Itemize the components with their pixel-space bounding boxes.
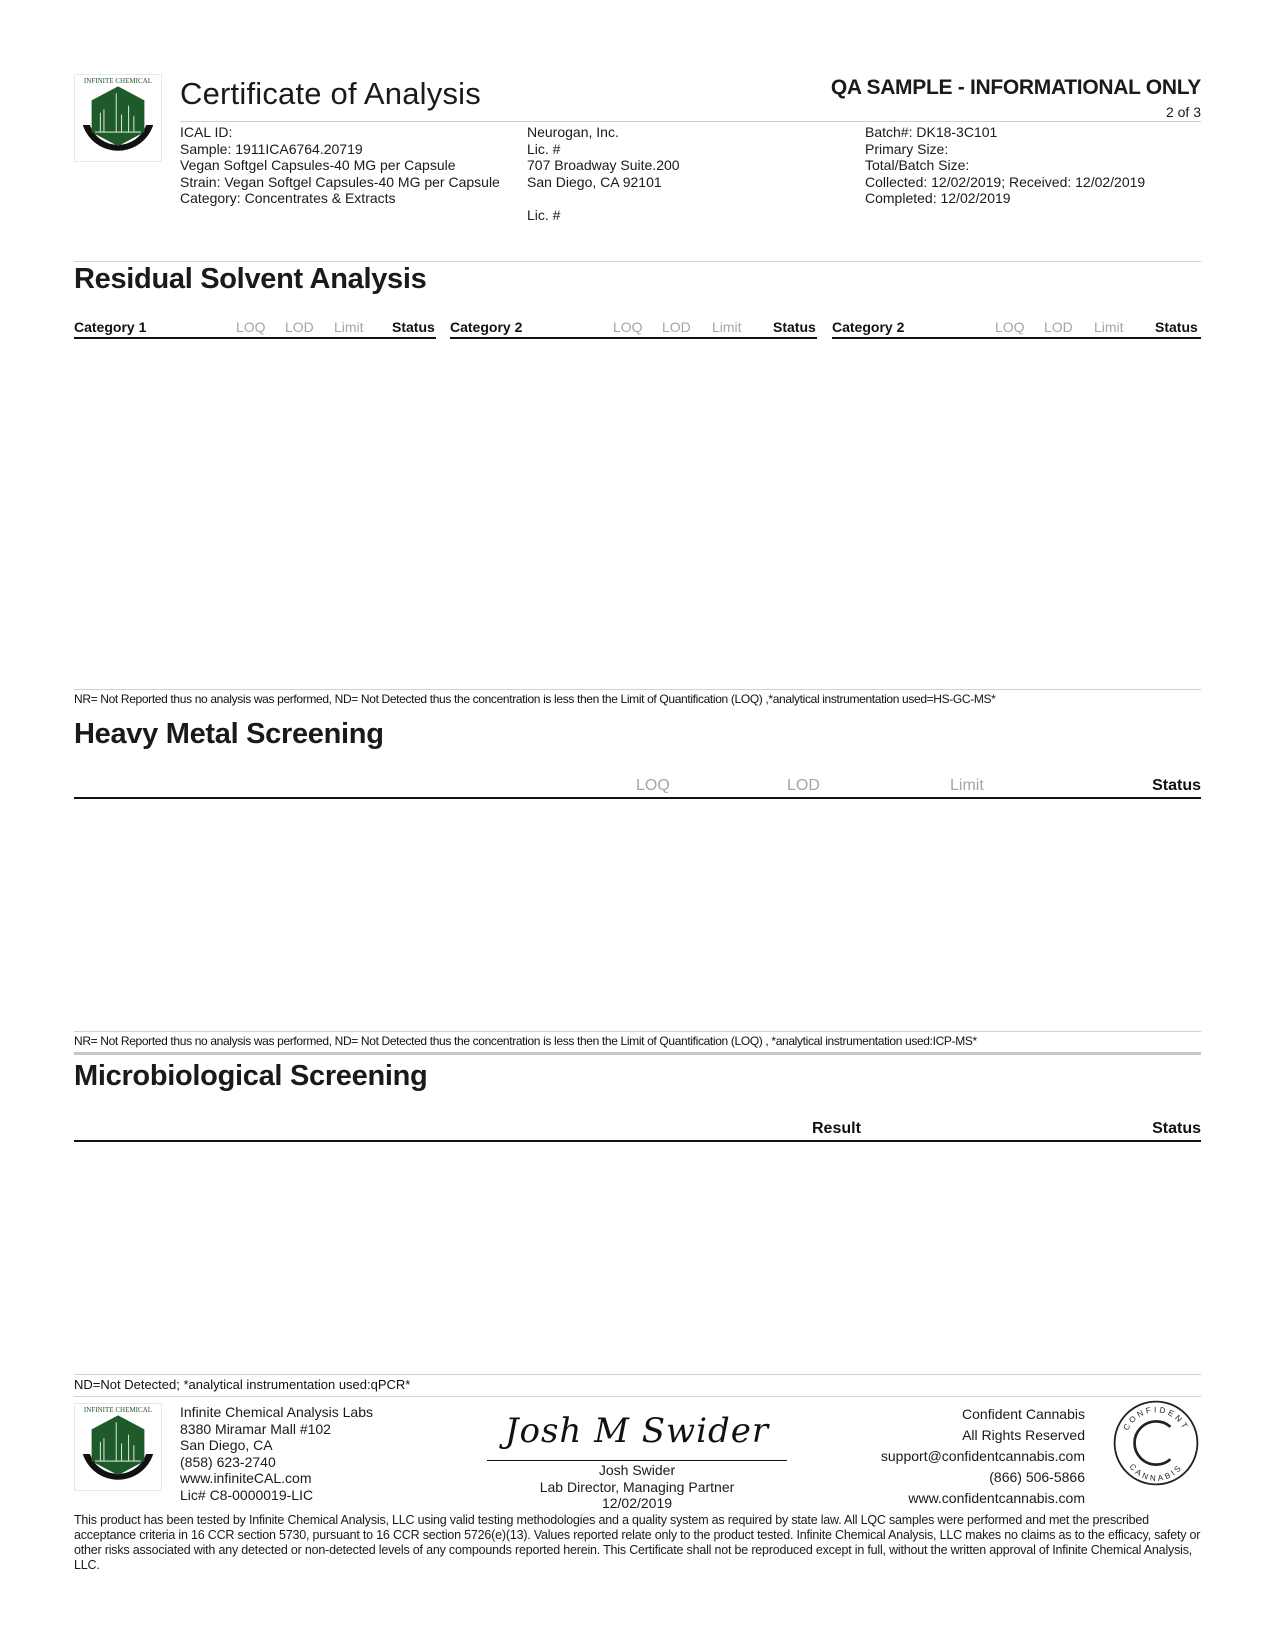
document-title: Certificate of Analysis: [180, 76, 481, 112]
sample-id: Sample: 1911ICA6764.20719: [180, 141, 500, 158]
col-lod: LOD: [787, 777, 820, 794]
confident-cannabis-logo-icon: CONFIDENT CANNABIS: [1111, 1398, 1201, 1488]
svg-text:ANALYSIS LABS: ANALYSIS LABS: [94, 151, 142, 157]
microbiological-footnote: ND=Not Detected; *analytical instrumenta…: [74, 1377, 410, 1392]
col-lod: LOD: [1044, 319, 1073, 335]
col-loq: LOQ: [613, 319, 643, 335]
footnote-divider: [74, 689, 1201, 690]
cc-rights: All Rights Reserved: [881, 1425, 1085, 1446]
lab-city: San Diego, CA: [180, 1437, 373, 1454]
signatory: Josh Swider Lab Director, Managing Partn…: [487, 1462, 787, 1512]
infinite-chemical-logo-icon: INFINITE CHEMICAL ANALYSIS LABS: [74, 1403, 162, 1491]
col-status: Status: [1155, 319, 1198, 335]
cc-website[interactable]: www.confidentcannabis.com: [881, 1488, 1085, 1509]
header-underline: [74, 337, 436, 339]
microbiological-title: Microbiological Screening: [74, 1060, 427, 1093]
infinite-chemical-logo-icon: INFINITE CHEMICAL ANALYSIS LABS: [74, 74, 162, 162]
sample-info: ICAL ID: Sample: 1911ICA6764.20719 Vegan…: [180, 124, 500, 207]
signature-date: 12/02/2019: [487, 1495, 787, 1512]
lab-website[interactable]: www.infiniteCAL.com: [180, 1470, 373, 1487]
confident-cannabis-contact: Confident Cannabis All Rights Reserved s…: [881, 1404, 1085, 1509]
client-license-2: Lic. #: [527, 207, 680, 224]
lab-address: 8380 Miramar Mall #102: [180, 1421, 373, 1438]
lab-phone[interactable]: (858) 623-2740: [180, 1454, 373, 1471]
header-logo: INFINITE CHEMICAL ANALYSIS LABS: [74, 74, 162, 167]
col-result: Result: [812, 1120, 861, 1137]
section-divider: [74, 1052, 1201, 1055]
residual-solvent-footnote: NR= Not Reported thus no analysis was pe…: [74, 692, 995, 706]
spacer: [527, 190, 680, 207]
footer-logo: INFINITE CHEMICAL ANALYSIS LABS: [74, 1403, 162, 1496]
client-license: Lic. #: [527, 141, 680, 158]
batch-info: Batch#: DK18-3C101 Primary Size: Total/B…: [865, 124, 1145, 207]
page-indicator: 2 of 3: [1166, 104, 1201, 120]
collected-received: Collected: 12/02/2019; Received: 12/02/2…: [865, 174, 1145, 191]
signature: Josh M Swider: [487, 1403, 787, 1459]
footer-divider: [74, 1396, 1201, 1397]
col-limit: Limit: [334, 319, 364, 335]
svg-text:ANALYSIS LABS: ANALYSIS LABS: [94, 1480, 142, 1486]
section-divider: [74, 261, 1201, 262]
col-category: Category 2: [832, 319, 904, 335]
col-status: Status: [1152, 1120, 1201, 1137]
col-status: Status: [392, 319, 435, 335]
col-lod: LOD: [285, 319, 314, 335]
header-underline: [74, 797, 1201, 799]
svg-text:INFINITE CHEMICAL: INFINITE CHEMICAL: [84, 77, 152, 85]
signature-image: Josh M Swider: [487, 1403, 787, 1459]
client-address: 707 Broadway Suite.200: [527, 157, 680, 174]
col-loq: LOQ: [236, 319, 266, 335]
legal-disclaimer: This product has been tested by Infinite…: [74, 1513, 1201, 1573]
col-category: Category 1: [74, 319, 146, 335]
batch-number: Batch#: DK18-3C101: [865, 124, 1145, 141]
client-city: San Diego, CA 92101: [527, 174, 680, 191]
col-limit: Limit: [1094, 319, 1124, 335]
footnote-divider: [74, 1031, 1201, 1032]
header-underline: [74, 1140, 1201, 1142]
qa-notice: QA SAMPLE - INFORMATIONAL ONLY: [831, 76, 1201, 100]
col-category: Category 2: [450, 319, 522, 335]
col-lod: LOD: [662, 319, 691, 335]
header-underline: [832, 337, 1201, 339]
header-divider: [180, 121, 1201, 122]
footnote-divider: [74, 1374, 1201, 1375]
cc-phone[interactable]: (866) 506-5866: [881, 1467, 1085, 1488]
primary-size: Primary Size:: [865, 141, 1145, 158]
lab-name: Infinite Chemical Analysis Labs: [180, 1404, 373, 1421]
lab-license: Lic# C8-0000019-LIC: [180, 1487, 373, 1504]
col-loq: LOQ: [636, 777, 670, 794]
lab-contact: Infinite Chemical Analysis Labs 8380 Mir…: [180, 1404, 373, 1503]
batch-size: Total/Batch Size:: [865, 157, 1145, 174]
client-name: Neurogan, Inc.: [527, 124, 680, 141]
cc-email[interactable]: support@confidentcannabis.com: [881, 1446, 1085, 1467]
signatory-name: Josh Swider: [487, 1462, 787, 1479]
cc-name: Confident Cannabis: [881, 1404, 1085, 1425]
col-status: Status: [1152, 777, 1201, 794]
signature-line: [487, 1460, 787, 1461]
category: Category: Concentrates & Extracts: [180, 190, 500, 207]
product-name: Vegan Softgel Capsules-40 MG per Capsule: [180, 157, 500, 174]
col-loq: LOQ: [995, 319, 1025, 335]
confident-cannabis-logo: CONFIDENT CANNABIS: [1111, 1398, 1201, 1488]
heavy-metal-footnote: NR= Not Reported thus no analysis was pe…: [74, 1034, 977, 1048]
header-underline: [450, 337, 817, 339]
client-info: Neurogan, Inc. Lic. # 707 Broadway Suite…: [527, 124, 680, 223]
signatory-role: Lab Director, Managing Partner: [487, 1479, 787, 1496]
col-limit: Limit: [712, 319, 742, 335]
strain: Strain: Vegan Softgel Capsules-40 MG per…: [180, 174, 500, 191]
residual-solvent-title: Residual Solvent Analysis: [74, 263, 426, 296]
col-limit: Limit: [950, 777, 984, 794]
completed: Completed: 12/02/2019: [865, 190, 1145, 207]
col-status: Status: [773, 319, 816, 335]
svg-text:INFINITE CHEMICAL: INFINITE CHEMICAL: [84, 1406, 152, 1414]
ical-id: ICAL ID:: [180, 124, 500, 141]
heavy-metal-title: Heavy Metal Screening: [74, 718, 384, 751]
